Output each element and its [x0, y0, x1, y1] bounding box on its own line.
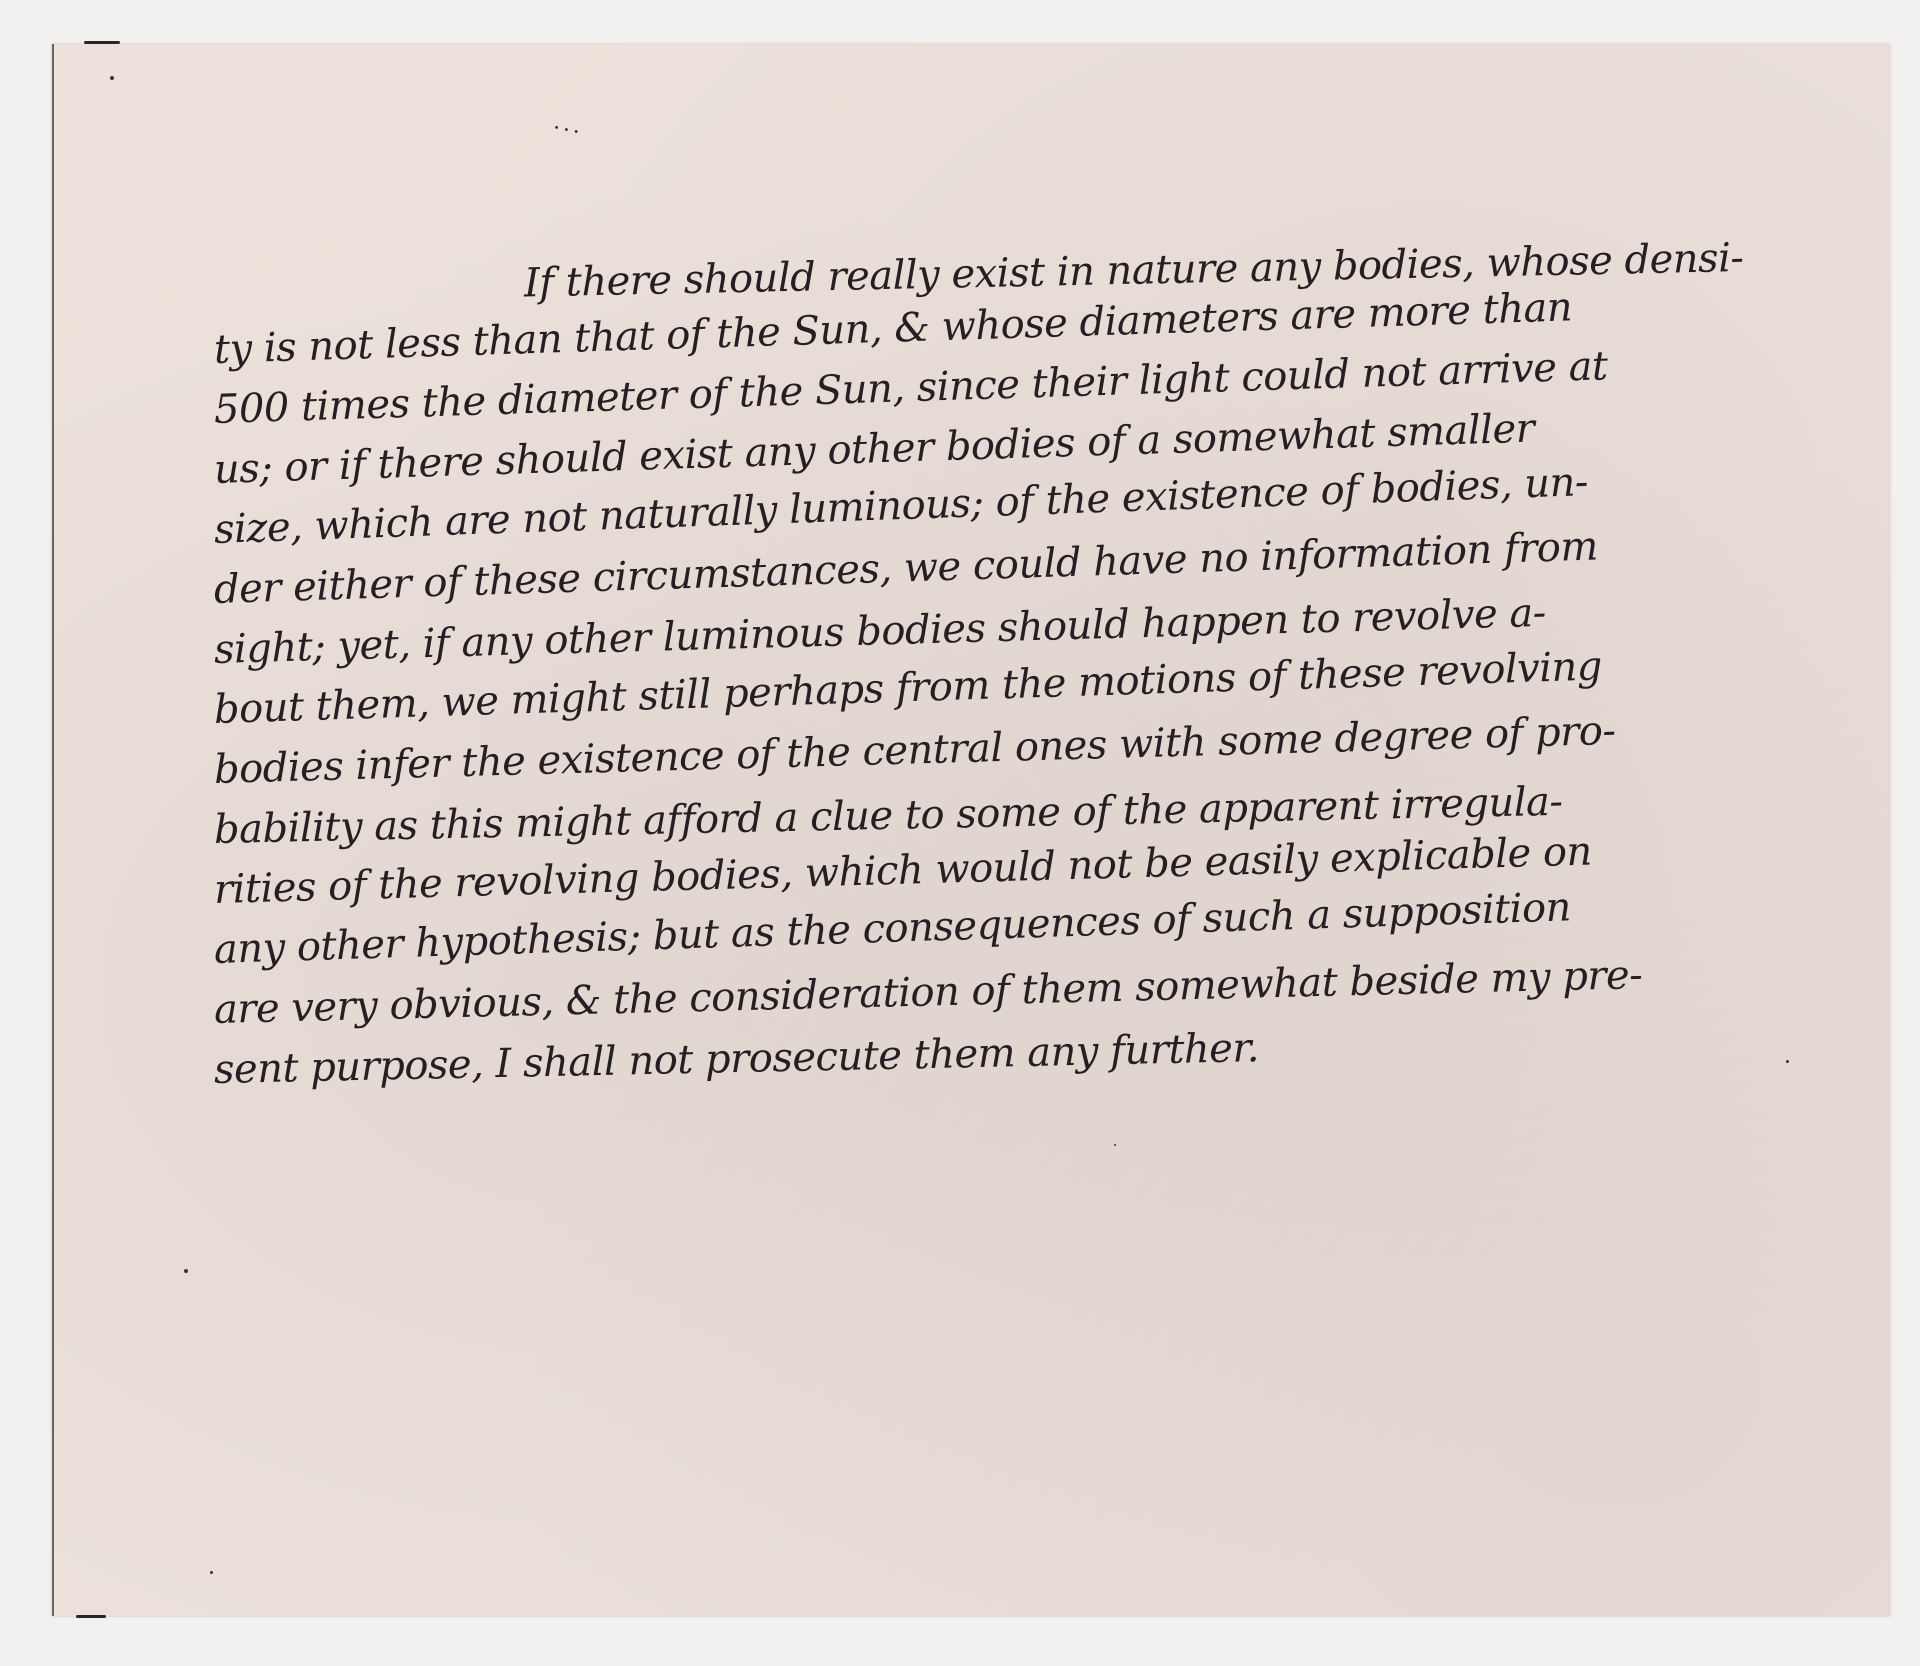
ink-speck [210, 1571, 213, 1574]
manuscript-paper: ... If there should really exist in natu… [52, 44, 1890, 1616]
ink-speck [184, 1269, 188, 1273]
paper-edge-mark-top [84, 41, 120, 44]
ink-speck [110, 76, 114, 80]
page-mark: ... [552, 109, 587, 140]
ink-speck [1786, 1060, 1789, 1063]
paper-edge-mark-bottom [76, 1615, 106, 1618]
ink-speck [1114, 1144, 1116, 1146]
scan-background: ... If there should really exist in natu… [0, 0, 1920, 1666]
manuscript-text: If there should really exist in nature a… [214, 260, 1774, 1100]
